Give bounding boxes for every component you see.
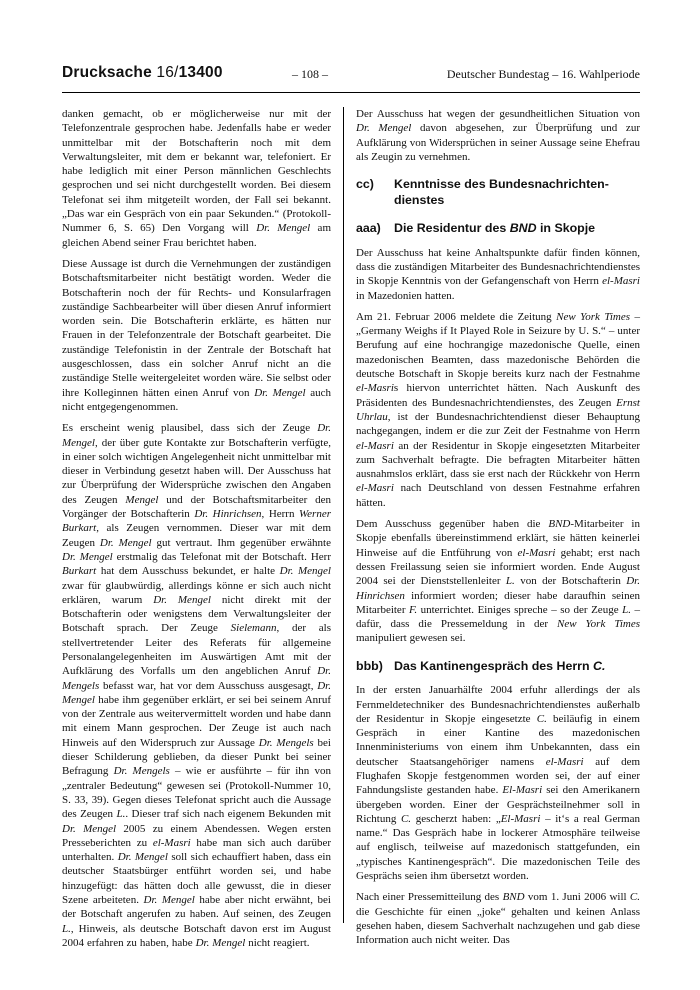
right-column: Der Ausschuss hat wegen der gesundheitli…	[356, 107, 640, 955]
section-heading: aaa)Die Residentur des BND in Skopje	[356, 221, 640, 237]
page-header: Drucksache 16/13400 – 108 – Deutscher Bu…	[62, 64, 640, 88]
section-heading-text: Die Residentur des BND in Skopje	[394, 221, 640, 237]
doc-label: Drucksache	[62, 64, 152, 81]
paragraph: Der Ausschuss hat wegen der gesundheitli…	[356, 107, 640, 164]
section-heading-number: bbb)	[356, 659, 394, 675]
paragraph: Dem Ausschuss gegenüber haben die BND-Mi…	[356, 517, 640, 646]
paragraph: Diese Aussage ist durch die Vernehmungen…	[62, 257, 331, 414]
doc-number-prefix: 16/	[156, 64, 178, 81]
paragraph: Am 21. Februar 2006 meldete die Zeitung …	[356, 310, 640, 510]
paragraph: Nach einer Pressemitteilung des BND vom …	[356, 890, 640, 947]
paragraph: Es erscheint wenig plausibel, dass sich …	[62, 421, 331, 950]
column-divider	[343, 107, 344, 923]
section-heading: cc)Kenntnisse des Bundesnachrichten- die…	[356, 177, 640, 208]
session-label: Deutscher Bundestag – 16. Wahlperiode	[447, 67, 640, 82]
document-page: Drucksache 16/13400 – 108 – Deutscher Bu…	[0, 0, 700, 990]
paragraph: danken gemacht, ob er möglicherweise nur…	[62, 107, 331, 250]
doc-number: Drucksache 16/13400	[62, 64, 223, 82]
section-heading-number: aaa)	[356, 221, 394, 237]
page-number: – 108 –	[292, 67, 328, 82]
section-heading-number: cc)	[356, 177, 394, 208]
doc-number-main: 13400	[179, 64, 223, 81]
section-heading-text: Kenntnisse des Bundesnachrichten- dienst…	[394, 177, 640, 208]
paragraph: Der Ausschuss hat keine Anhaltspunkte da…	[356, 246, 640, 303]
paragraph: In der ersten Januarhälfte 2004 erfuhr a…	[356, 683, 640, 883]
left-column: danken gemacht, ob er möglicherweise nur…	[62, 107, 331, 957]
section-heading-text: Das Kantinengespräch des Herrn C.	[394, 659, 640, 675]
section-heading: bbb)Das Kantinengespräch des Herrn C.	[356, 659, 640, 675]
header-rule	[62, 92, 640, 93]
